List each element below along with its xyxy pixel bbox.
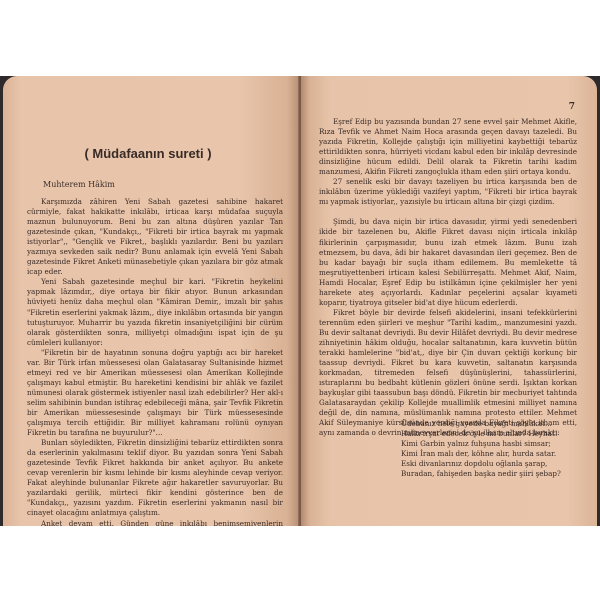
paragraph: Bunları söyledikten, Fikretin dinsizliği… [27, 438, 283, 518]
paragraph: "Fikretin bir de hayatının sonuna doğru … [27, 348, 283, 438]
poem-line: Kimi Garbin yalnız fuhşuna hasbi simsar; [401, 439, 561, 449]
poem-line: Üdebanız hele gayetle bayağı mahlûkat... [401, 419, 561, 429]
paragraph: Eşref Edip bu yazısında bundan 27 sene e… [319, 117, 577, 177]
poem-line: Kimi İran malı der, köhne alır, hurda sa… [401, 449, 561, 459]
poem-line: Halkı irşat edecek öyle mi bunlar? Heyha… [401, 429, 561, 439]
paragraph: 27 senelik eski bir davayı tazeliyen bu … [319, 177, 577, 207]
poem-line: Eski divanlarınız dopdolu oğlanla şarap, [401, 459, 561, 469]
page-number: 7 [569, 102, 575, 112]
paragraph: Anket devam etti. Günden güne inkılâbı b… [27, 519, 283, 527]
right-page: 7 Eşref Edip bu yazısında bundan 27 sene… [301, 76, 597, 526]
paragraph: Yeni Sabah gazetesinde meçhul bir kari. … [27, 277, 283, 347]
left-page: ( Müdafaanın sureti ) Muhterem Hâkim Kar… [3, 76, 299, 526]
open-book: ( Müdafaanın sureti ) Muhterem Hâkim Kar… [0, 76, 600, 526]
poem-quote: Üdebanız hele gayetle bayağı mahlûkat...… [401, 419, 561, 479]
poem-line: Buradan, fahişeden başka nedir şiiri şeb… [401, 469, 561, 479]
page-title: ( Müdafaanın sureti ) [3, 146, 293, 161]
salutation: Muhterem Hâkim [43, 180, 115, 189]
paragraph: Karşımızda zâhiren Yeni Sabah gazetesi s… [27, 197, 283, 277]
right-page-body: Eşref Edip bu yazısında bundan 27 sene e… [319, 117, 577, 438]
left-page-body: Karşımızda zâhiren Yeni Sabah gazetesi s… [27, 197, 283, 526]
paragraph: Şimdi, bu dava niçin bir irtica davasıdı… [319, 217, 577, 307]
